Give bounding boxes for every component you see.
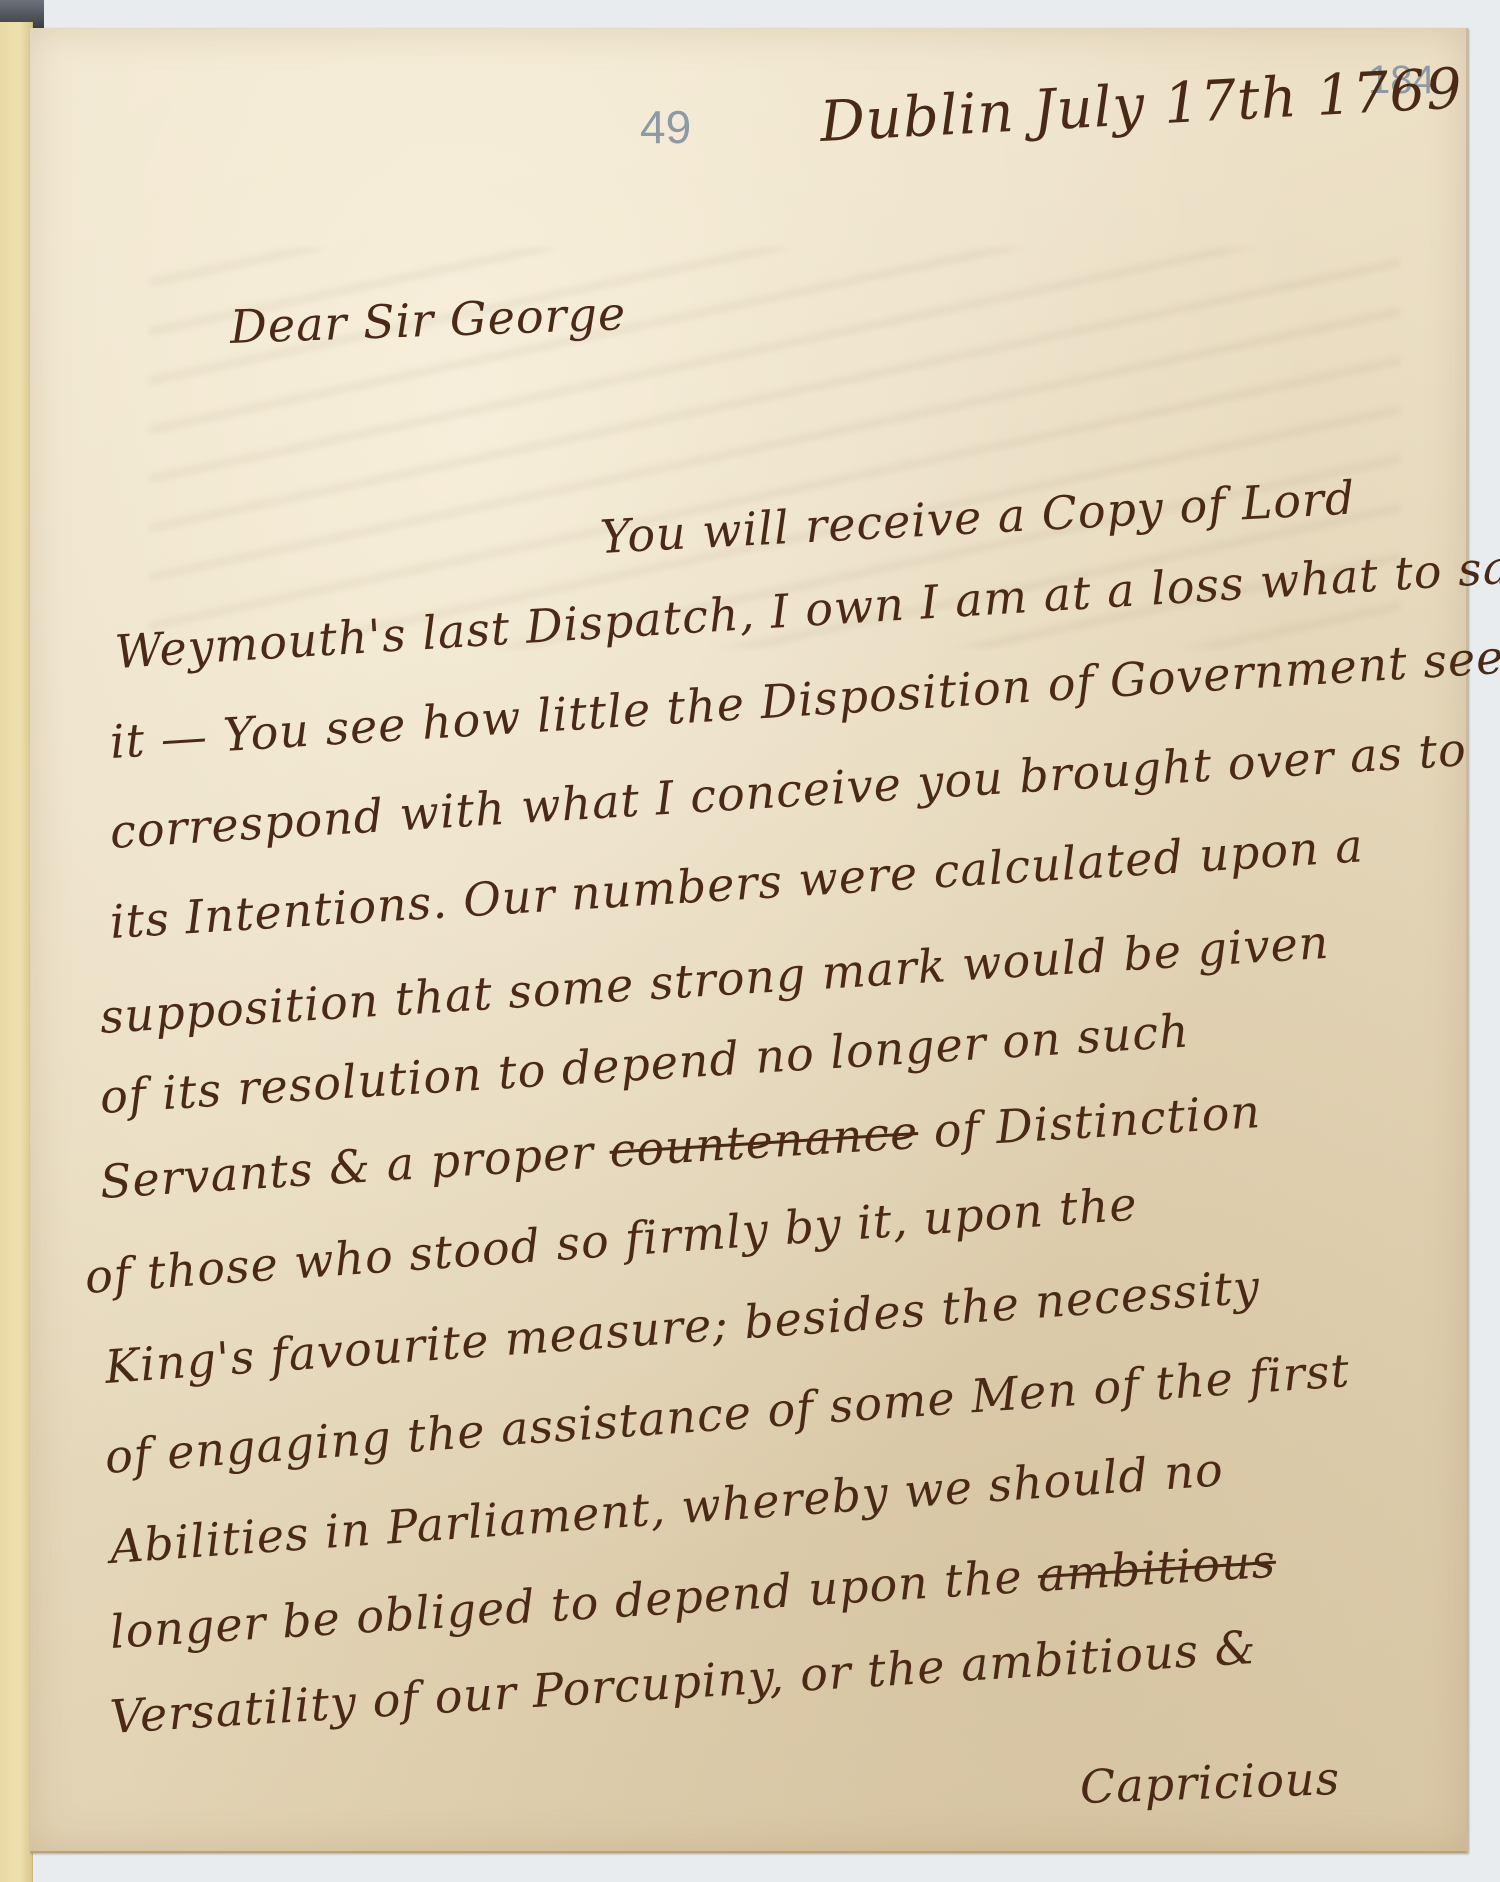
binding-strip (0, 22, 33, 1882)
scan-background: 184 49 Dublin July 17th 1769 Dear Sir Ge… (0, 0, 1500, 1882)
body-line-continuation: Capricious (1079, 1751, 1341, 1814)
archive-number: 49 (640, 100, 691, 154)
